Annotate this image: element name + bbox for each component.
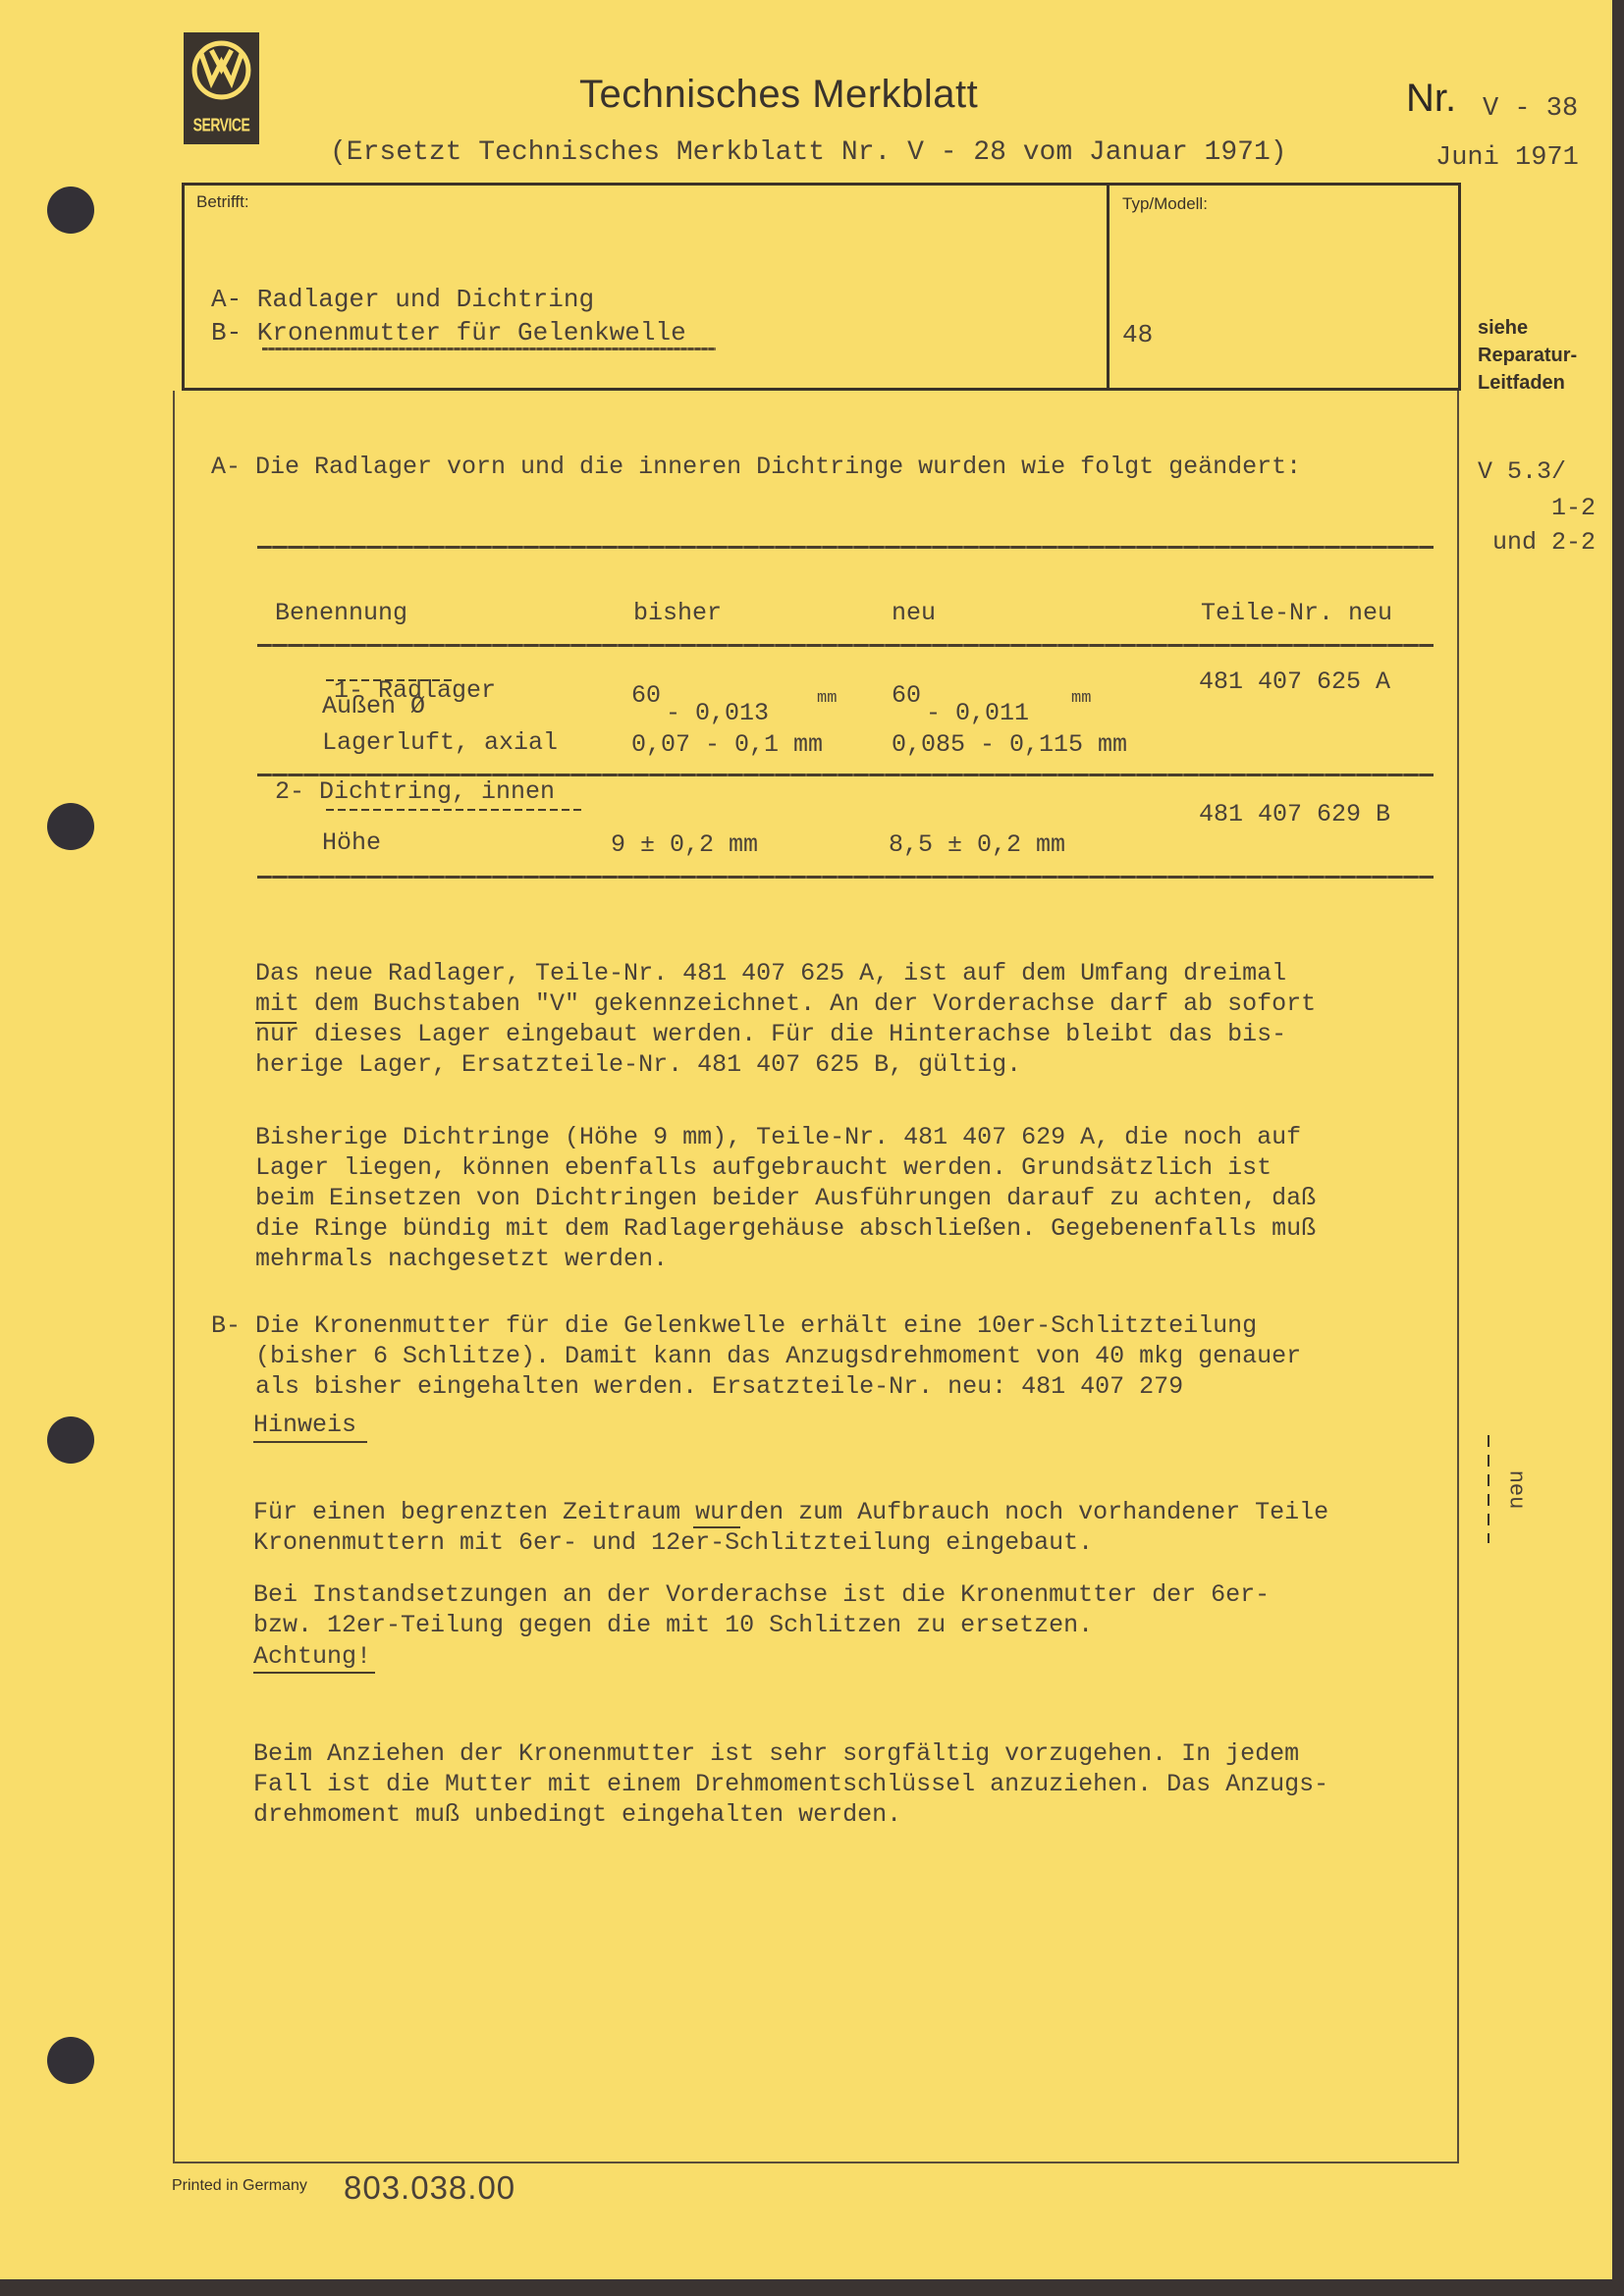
issue-date: Juni 1971 (1435, 143, 1579, 173)
punch-hole-icon (47, 803, 94, 850)
neu-tolerance: - 0,011 (926, 699, 1029, 727)
bisher-unit: mm (817, 689, 837, 708)
bisher-tolerance: - 0,013 (666, 699, 769, 727)
vw-service-logo: SERVICE (184, 32, 259, 144)
dashed-underline (326, 809, 583, 811)
change-bar-icon (1488, 1435, 1489, 1543)
section-b-paragraph: B- Die Kronenmutter für die Gelenkwelle … (211, 1280, 1301, 1432)
content-frame-right (1457, 391, 1459, 2162)
replaces-note: (Ersetzt Technisches Merkblatt Nr. V - 2… (330, 137, 1287, 168)
part-no-dichtring: 481 407 629 B (1199, 800, 1390, 828)
row-label-hoehe: Höhe (322, 828, 381, 857)
hinweis-paragraph-2: Bei Instandsetzungen an der Vorderachse … (253, 1549, 1270, 1671)
col-header-bisher: bisher (633, 599, 722, 627)
row-label-lagerluft: Lagerluft, axial (322, 728, 558, 757)
bisher-base: 60 (631, 681, 661, 710)
form-code: 803.038.00 (344, 2169, 515, 2207)
punch-hole-icon (47, 2037, 94, 2084)
manual-ref-3: und 2-2 (1478, 528, 1596, 557)
section-a-intro: A- Die Radlager vorn und die inneren Dic… (211, 452, 1301, 482)
number-value: V - 38 (1483, 94, 1578, 124)
printed-in-label: Printed in Germany (172, 2177, 307, 2195)
emphasis-underline (255, 1022, 297, 1024)
punch-hole-icon (47, 1416, 94, 1464)
table-bottom-rule (257, 876, 1434, 879)
table-group-rule (257, 774, 1434, 776)
row-label-aussen: Außen Ø (322, 692, 425, 721)
subject-line-a: A- Radlager und Dichtring (211, 285, 594, 314)
achtung-heading: Achtung! (253, 1641, 371, 1672)
hinweis-heading: Hinweis (253, 1410, 356, 1440)
content-frame-bottom (173, 2162, 1459, 2163)
col-header-benennung: Benennung (275, 599, 407, 627)
manual-ref-1: V 5.3/ (1478, 457, 1596, 486)
subject-box-divider (1107, 183, 1110, 391)
lagerluft-neu: 0,085 - 0,115 mm (892, 730, 1127, 759)
achtung-underline (253, 1672, 375, 1674)
neu-unit: mm (1071, 689, 1091, 708)
subject-line-b-text: B- Kronenmutter für Gelenkwelle (211, 318, 686, 347)
subject-line-b: B- Kronenmutter für Gelenkwelle (211, 318, 686, 347)
dashed-underline (326, 679, 452, 681)
neu-base: 60 (892, 681, 921, 710)
part-no-radlager: 481 407 625 A (1199, 667, 1390, 696)
manual-ref-2: 1-2 (1478, 494, 1596, 522)
number-label: Nr. (1406, 77, 1456, 121)
table-top-rule (257, 546, 1434, 549)
logo-label: SERVICE (184, 114, 259, 135)
typ-modell-label: Typ/Modell: (1122, 194, 1208, 214)
document-title: Technisches Merkblatt (579, 73, 978, 117)
lagerluft-bisher: 0,07 - 0,1 mm (631, 730, 823, 759)
typ-modell-value: 48 (1122, 320, 1153, 349)
content-frame-left (173, 391, 175, 2162)
see-manual-note: siehe Reparatur- Leitfaden (1478, 314, 1577, 397)
group-title-dichtring: 2- Dichtring, innen (275, 777, 555, 806)
hinweis-underline (253, 1441, 367, 1443)
achtung-paragraph: Beim Anziehen der Kronenmutter ist sehr … (253, 1708, 1328, 1860)
emphasis-underline (693, 1526, 740, 1528)
hoehe-bisher: 9 ± 0,2 mm (611, 830, 758, 859)
col-header-neu: neu (892, 599, 936, 627)
scan-edge-bottom (0, 2279, 1624, 2296)
neu-marker: neu (1503, 1470, 1528, 1510)
table-header-rule (257, 644, 1434, 647)
section-a-paragraph-1: Das neue Radlager, Teile-Nr. 481 407 625… (255, 928, 1316, 1110)
betrifft-label: Betrifft: (196, 192, 249, 212)
subject-underline (262, 347, 716, 350)
hoehe-neu: 8,5 ± 0,2 mm (889, 830, 1065, 859)
punch-hole-icon (47, 187, 94, 234)
scan-edge-right (1612, 0, 1624, 2296)
section-a-paragraph-2: Bisherige Dichtringe (Höhe 9 mm), Teile-… (255, 1092, 1316, 1305)
col-header-teile-nr: Teile-Nr. neu (1201, 599, 1392, 627)
vw-logo-icon (189, 38, 253, 102)
